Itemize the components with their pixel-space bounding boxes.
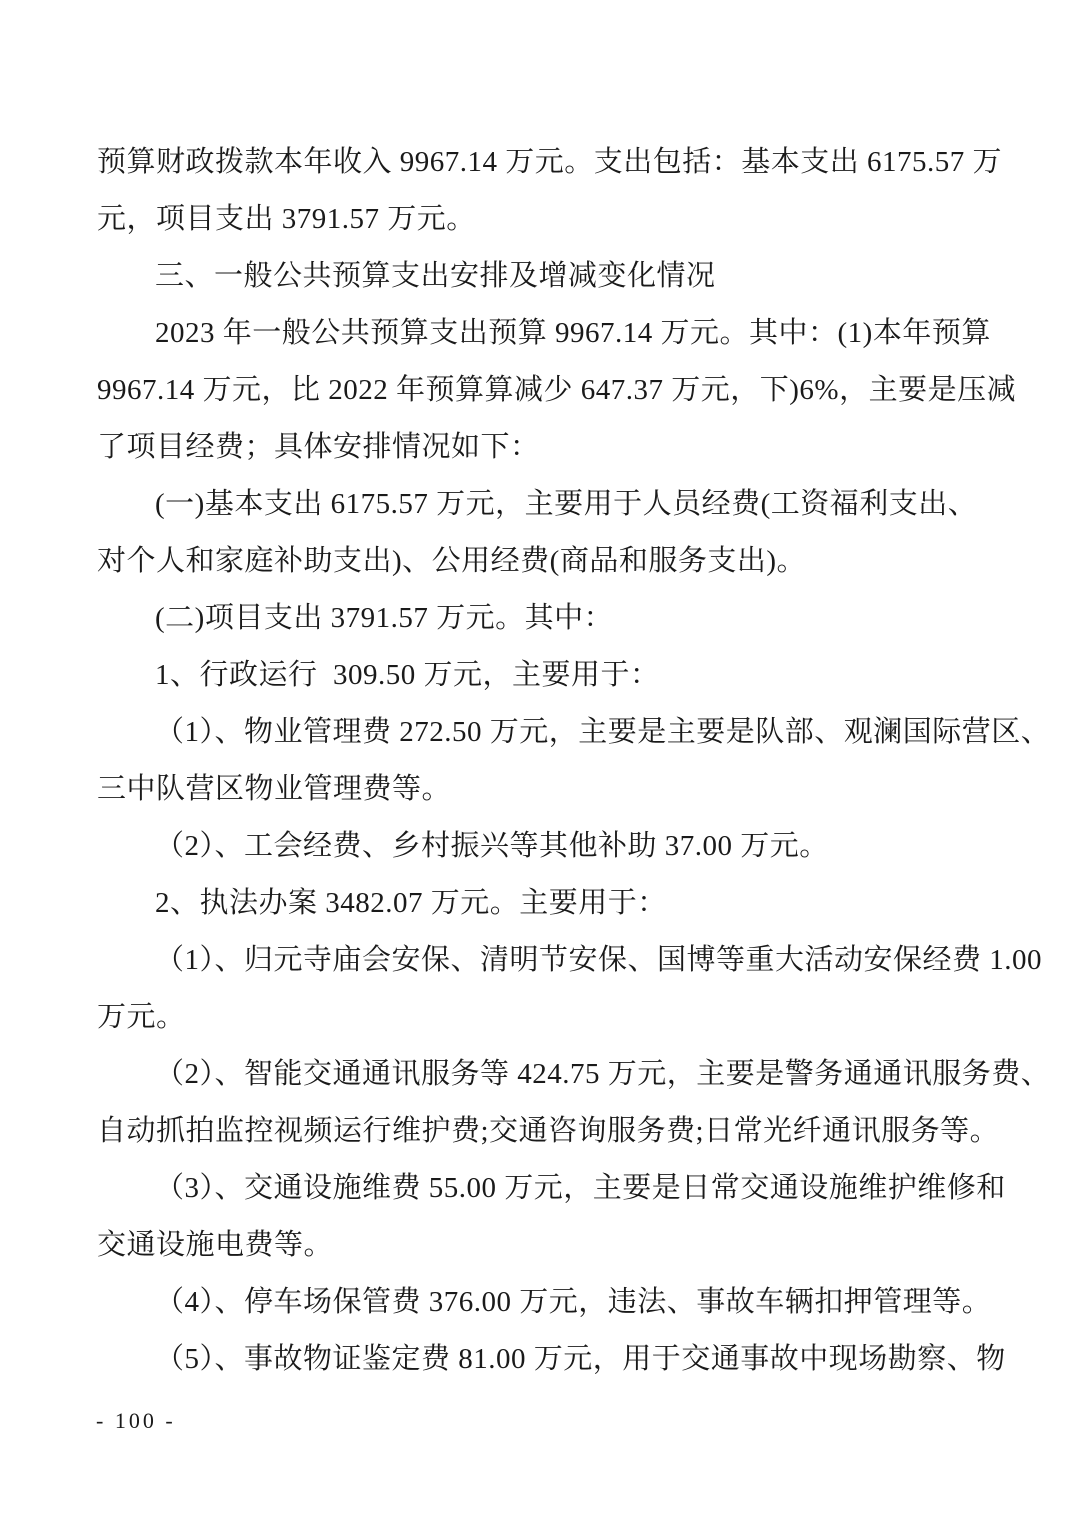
text-line-7: (一)基本支出 6175.57 万元，主要用于人员经费(工资福利支出、 <box>97 476 987 533</box>
text-line-17: （2）、智能交通通讯服务等 424.75 万元，主要是警务通通讯服务费、 <box>97 1046 987 1103</box>
text-line-9: (二)项目支出 3791.57 万元。其中： <box>97 590 987 647</box>
text-line-10: 1、行政运行 309.50 万元，主要用于： <box>97 647 987 704</box>
text-line-20: 交通设施电费等。 <box>97 1217 987 1274</box>
text-line-8: 对个人和家庭补助支出)、公用经费(商品和服务支出)。 <box>97 533 987 590</box>
page-number: - 100 - <box>96 1406 176 1436</box>
text-line-12: 三中队营区物业管理费等。 <box>97 761 987 818</box>
document-page: 预算财政拨款本年收入 9967.14 万元。支出包括：基本支出 6175.57 … <box>0 0 1074 1520</box>
section-heading: 三、一般公共预算支出安排及增减变化情况 <box>97 248 987 305</box>
text-line-1: 预算财政拨款本年收入 9967.14 万元。支出包括：基本支出 6175.57 … <box>97 134 987 191</box>
text-line-6: 了项目经费；具体安排情况如下： <box>97 419 987 476</box>
text-line-15: （1）、归元寺庙会安保、清明节安保、国博等重大活动安保经费 1.00 <box>97 932 987 989</box>
text-line-19: （3）、交通设施维费 55.00 万元，主要是日常交通设施维护维修和 <box>97 1160 987 1217</box>
text-line-11: （1）、物业管理费 272.50 万元，主要是主要是队部、观澜国际营区、 <box>97 704 987 761</box>
text-line-21: （4）、停车场保管费 376.00 万元，违法、事故车辆扣押管理等。 <box>97 1274 987 1331</box>
text-line-2: 元，项目支出 3791.57 万元。 <box>97 191 987 248</box>
text-line-16: 万元。 <box>97 989 987 1046</box>
text-line-14: 2、执法办案 3482.07 万元。主要用于： <box>97 875 987 932</box>
text-line-5: 9967.14 万元，比 2022 年预算算减少 647.37 万元，下)6%，… <box>97 362 987 419</box>
body-text: 预算财政拨款本年收入 9967.14 万元。支出包括：基本支出 6175.57 … <box>97 134 987 1388</box>
text-line-13: （2）、工会经费、乡村振兴等其他补助 37.00 万元。 <box>97 818 987 875</box>
text-line-18: 自动抓拍监控视频运行维护费;交通咨询服务费;日常光纤通讯服务等。 <box>97 1103 987 1160</box>
text-line-4: 2023 年一般公共预算支出预算 9967.14 万元。其中：(1)本年预算 <box>97 305 987 362</box>
text-line-22: （5）、事故物证鉴定费 81.00 万元，用于交通事故中现场勘察、物 <box>97 1331 987 1388</box>
